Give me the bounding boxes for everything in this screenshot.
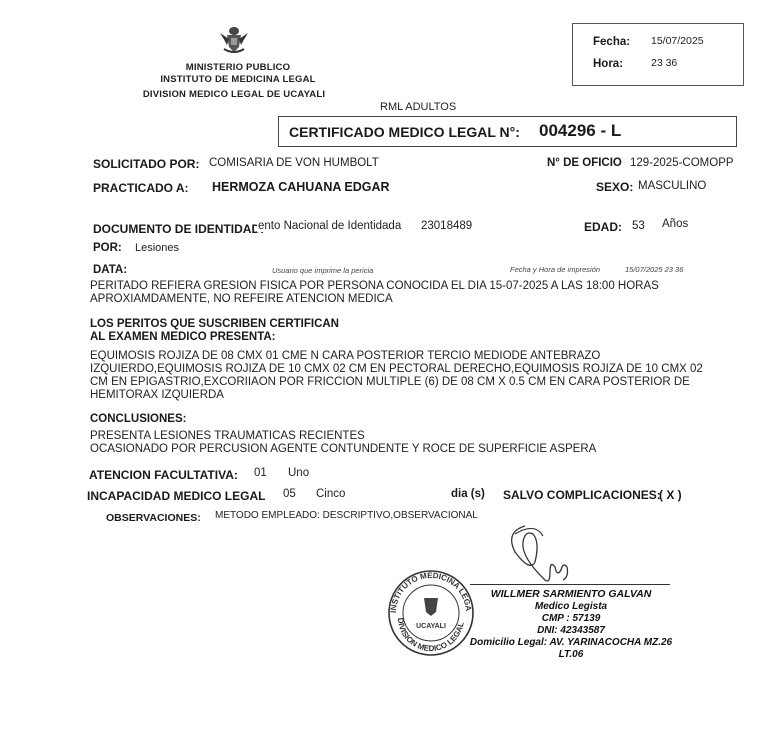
- institution-line-3: DIVISION MEDICO LEGAL DE UCAYALI: [128, 89, 340, 100]
- usuario-note: Usuario que imprime la pericia: [272, 266, 373, 275]
- edad-value: 53: [632, 220, 645, 232]
- certificate-number: 004296 - L: [539, 121, 621, 141]
- oficio-value: 129-2025-COMOPP: [630, 157, 779, 169]
- solicitado-value: COMISARIA DE VON HUMBOLT: [209, 157, 379, 169]
- solicitado-label: SOLICITADO POR:: [93, 157, 199, 171]
- exam-heading-2: AL EXAMEN MEDICO PRESENTA:: [90, 331, 276, 343]
- hora-value: 23 36: [651, 57, 677, 69]
- conclusions-line-1: PRESENTA LESIONES TRAUMATICAS RECIENTES: [90, 430, 365, 442]
- exam-findings: EQUIMOSIS ROJIZA DE 08 CMX 01 CME N CARA…: [90, 350, 704, 402]
- certificate-label: CERTIFICADO MEDICO LEGAL N°:: [289, 124, 520, 140]
- signature-scribble: [495, 522, 575, 592]
- edad-unit: Años: [662, 218, 688, 230]
- por-value: Lesiones: [135, 242, 179, 254]
- section-label: RML ADULTOS: [380, 101, 456, 113]
- data-label: DATA:: [93, 264, 127, 276]
- institution-line-2: INSTITUTO DE MEDICINA LEGAL: [140, 74, 336, 85]
- incapacity-number: 05: [283, 488, 296, 500]
- salvo-label: SALVO COMPLICACIONES:: [503, 488, 661, 502]
- attention-label: ATENCION FACULTATIVA:: [89, 468, 238, 482]
- hora-label: Hora:: [593, 58, 623, 70]
- practicado-label: PRACTICADO A:: [93, 181, 189, 195]
- documento-label: DOCUMENTO DE IDENTIDAD:: [93, 222, 264, 236]
- attention-number: 01: [254, 467, 267, 479]
- incapacity-unit: dia (s): [451, 488, 485, 500]
- incapacity-word: Cinco: [316, 488, 345, 500]
- sexo-label: SEXO:: [596, 180, 633, 194]
- signer-cmp: CMP : 57139: [486, 613, 656, 624]
- fecha-label: Fecha:: [593, 36, 630, 48]
- signature-line: [470, 584, 670, 585]
- exam-heading-1: LOS PERITOS QUE SUSCRIBEN CERTIFICAN: [90, 318, 339, 330]
- oficio-label: N° DE OFICIO: [547, 157, 622, 169]
- certificate-number-box: CERTIFICADO MEDICO LEGAL N°: 004296 - L: [278, 116, 737, 147]
- observations-value: METODO EMPLEADO: DESCRIPTIVO,OBSERVACION…: [215, 510, 478, 521]
- conclusions-heading: CONCLUSIONES:: [90, 413, 186, 425]
- signer-domicilio-2: LT.06: [486, 649, 656, 660]
- edad-label: EDAD:: [584, 220, 622, 234]
- impresion-value: 15/07/2025 23 36: [625, 265, 683, 274]
- signer-title: Medico Legista: [486, 601, 656, 612]
- institution-line-1: MINISTERIO PUBLICO: [148, 62, 328, 73]
- observations-label: OBSERVACIONES:: [106, 512, 201, 524]
- documento-type: ento Nacional de Identidada: [257, 220, 401, 232]
- salvo-value: ( X ): [659, 488, 682, 502]
- fecha-value: 15/07/2025: [651, 35, 704, 47]
- stamp-center-text: UCAYALI: [416, 623, 446, 630]
- conclusions-line-2: OCASIONADO POR PERCUSION AGENTE CONTUNDE…: [90, 443, 596, 455]
- attention-word: Uno: [288, 467, 309, 479]
- patient-name: HERMOZA CAHUANA EDGAR: [212, 180, 390, 194]
- signer-name: WILLMER SARMIENTO GALVAN: [486, 588, 656, 600]
- data-narrative: PERITADO REFIERA GRESION FISICA POR PERS…: [90, 280, 702, 306]
- documento-number: 23018489: [421, 220, 472, 232]
- signer-dni: DNI: 42343587: [486, 625, 656, 636]
- date-time-box: Fecha: 15/07/2025 Hora: 23 36: [572, 23, 744, 86]
- incapacity-label: INCAPACIDAD MEDICO LEGAL: [87, 489, 265, 503]
- impresion-label: Fecha y Hora de impresión: [510, 265, 600, 274]
- por-label: POR:: [93, 242, 122, 254]
- signer-domicilio: Domicilio Legal: AV. YARINACOCHA MZ.26: [458, 637, 684, 648]
- sexo-value: MASCULINO: [638, 180, 706, 192]
- peru-coat-of-arms-icon: [218, 25, 250, 55]
